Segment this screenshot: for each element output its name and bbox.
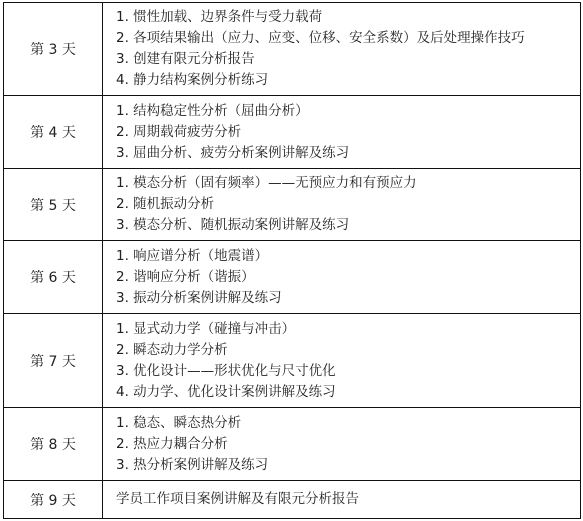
day-content: 1. 模态分析（固有频率）——无预应力和有预应力 2. 随机振动分析 3. 模态… — [103, 169, 581, 241]
list-item: 1. 结构稳定性分析（屈曲分析） — [116, 101, 580, 122]
list-item: 1. 响应谱分析（地震谱） — [116, 246, 580, 267]
list-item: 2. 各项结果输出（应力、应变、位移、安全系数）及后处理操作技巧 — [116, 28, 580, 49]
day-content: 1. 稳态、瞬态热分析 2. 热应力耦合分析 3. 热分析案例讲解及练习 — [103, 408, 581, 481]
list-item: 1. 惯性加载、边界条件与受力载荷 — [116, 7, 580, 28]
list-item: 2. 周期载荷疲劳分析 — [116, 122, 580, 143]
day-label: 第 8 天 — [4, 408, 103, 481]
table-row-day-4: 第 4 天 1. 结构稳定性分析（屈曲分析） 2. 周期载荷疲劳分析 3. 屈曲… — [4, 96, 581, 169]
list-item: 3. 模态分析、随机振动案例讲解及练习 — [116, 215, 580, 236]
table-row-day-5: 第 5 天 1. 模态分析（固有频率）——无预应力和有预应力 2. 随机振动分析… — [4, 169, 581, 241]
list-item: 学员工作项目案例讲解及有限元分析报告 — [116, 489, 580, 510]
table-row-day-9: 第 9 天 学员工作项目案例讲解及有限元分析报告 — [4, 481, 581, 519]
day-label: 第 3 天 — [4, 3, 103, 96]
list-item: 4. 动力学、优化设计案例讲解及练习 — [116, 382, 580, 403]
course-schedule-table: 第 3 天 1. 惯性加载、边界条件与受力载荷 2. 各项结果输出（应力、应变、… — [3, 2, 581, 519]
list-item: 1. 稳态、瞬态热分析 — [116, 413, 580, 434]
list-item: 2. 谐响应分析（谐振） — [116, 267, 580, 288]
day-label: 第 4 天 — [4, 96, 103, 169]
list-item: 3. 热分析案例讲解及练习 — [116, 455, 580, 476]
day-label: 第 9 天 — [4, 481, 103, 519]
list-item: 3. 屈曲分析、疲劳分析案例讲解及练习 — [116, 143, 580, 164]
day-content: 1. 响应谱分析（地震谱） 2. 谐响应分析（谐振） 3. 振动分析案例讲解及练… — [103, 241, 581, 314]
day-content: 1. 惯性加载、边界条件与受力载荷 2. 各项结果输出（应力、应变、位移、安全系… — [103, 3, 581, 96]
day-label: 第 6 天 — [4, 241, 103, 314]
day-content: 1. 结构稳定性分析（屈曲分析） 2. 周期载荷疲劳分析 3. 屈曲分析、疲劳分… — [103, 96, 581, 169]
list-item: 1. 模态分析（固有频率）——无预应力和有预应力 — [116, 173, 580, 194]
table-row-day-6: 第 6 天 1. 响应谱分析（地震谱） 2. 谐响应分析（谐振） 3. 振动分析… — [4, 241, 581, 314]
list-item: 3. 振动分析案例讲解及练习 — [116, 288, 580, 309]
table-row-day-8: 第 8 天 1. 稳态、瞬态热分析 2. 热应力耦合分析 3. 热分析案例讲解及… — [4, 408, 581, 481]
day-label: 第 5 天 — [4, 169, 103, 241]
list-item: 2. 随机振动分析 — [116, 194, 580, 215]
day-label: 第 7 天 — [4, 314, 103, 408]
list-item: 4. 静力结构案例分析练习 — [116, 70, 580, 91]
list-item: 2. 热应力耦合分析 — [116, 434, 580, 455]
list-item: 3. 优化设计——形状优化与尺寸优化 — [116, 361, 580, 382]
list-item: 3. 创建有限元分析报告 — [116, 49, 580, 70]
list-item: 2. 瞬态动力学分析 — [116, 340, 580, 361]
list-item: 1. 显式动力学（碰撞与冲击） — [116, 319, 580, 340]
day-content: 1. 显式动力学（碰撞与冲击） 2. 瞬态动力学分析 3. 优化设计——形状优化… — [103, 314, 581, 408]
table-row-day-7: 第 7 天 1. 显式动力学（碰撞与冲击） 2. 瞬态动力学分析 3. 优化设计… — [4, 314, 581, 408]
table-row-day-3: 第 3 天 1. 惯性加载、边界条件与受力载荷 2. 各项结果输出（应力、应变、… — [4, 3, 581, 96]
day-content: 学员工作项目案例讲解及有限元分析报告 — [103, 481, 581, 519]
